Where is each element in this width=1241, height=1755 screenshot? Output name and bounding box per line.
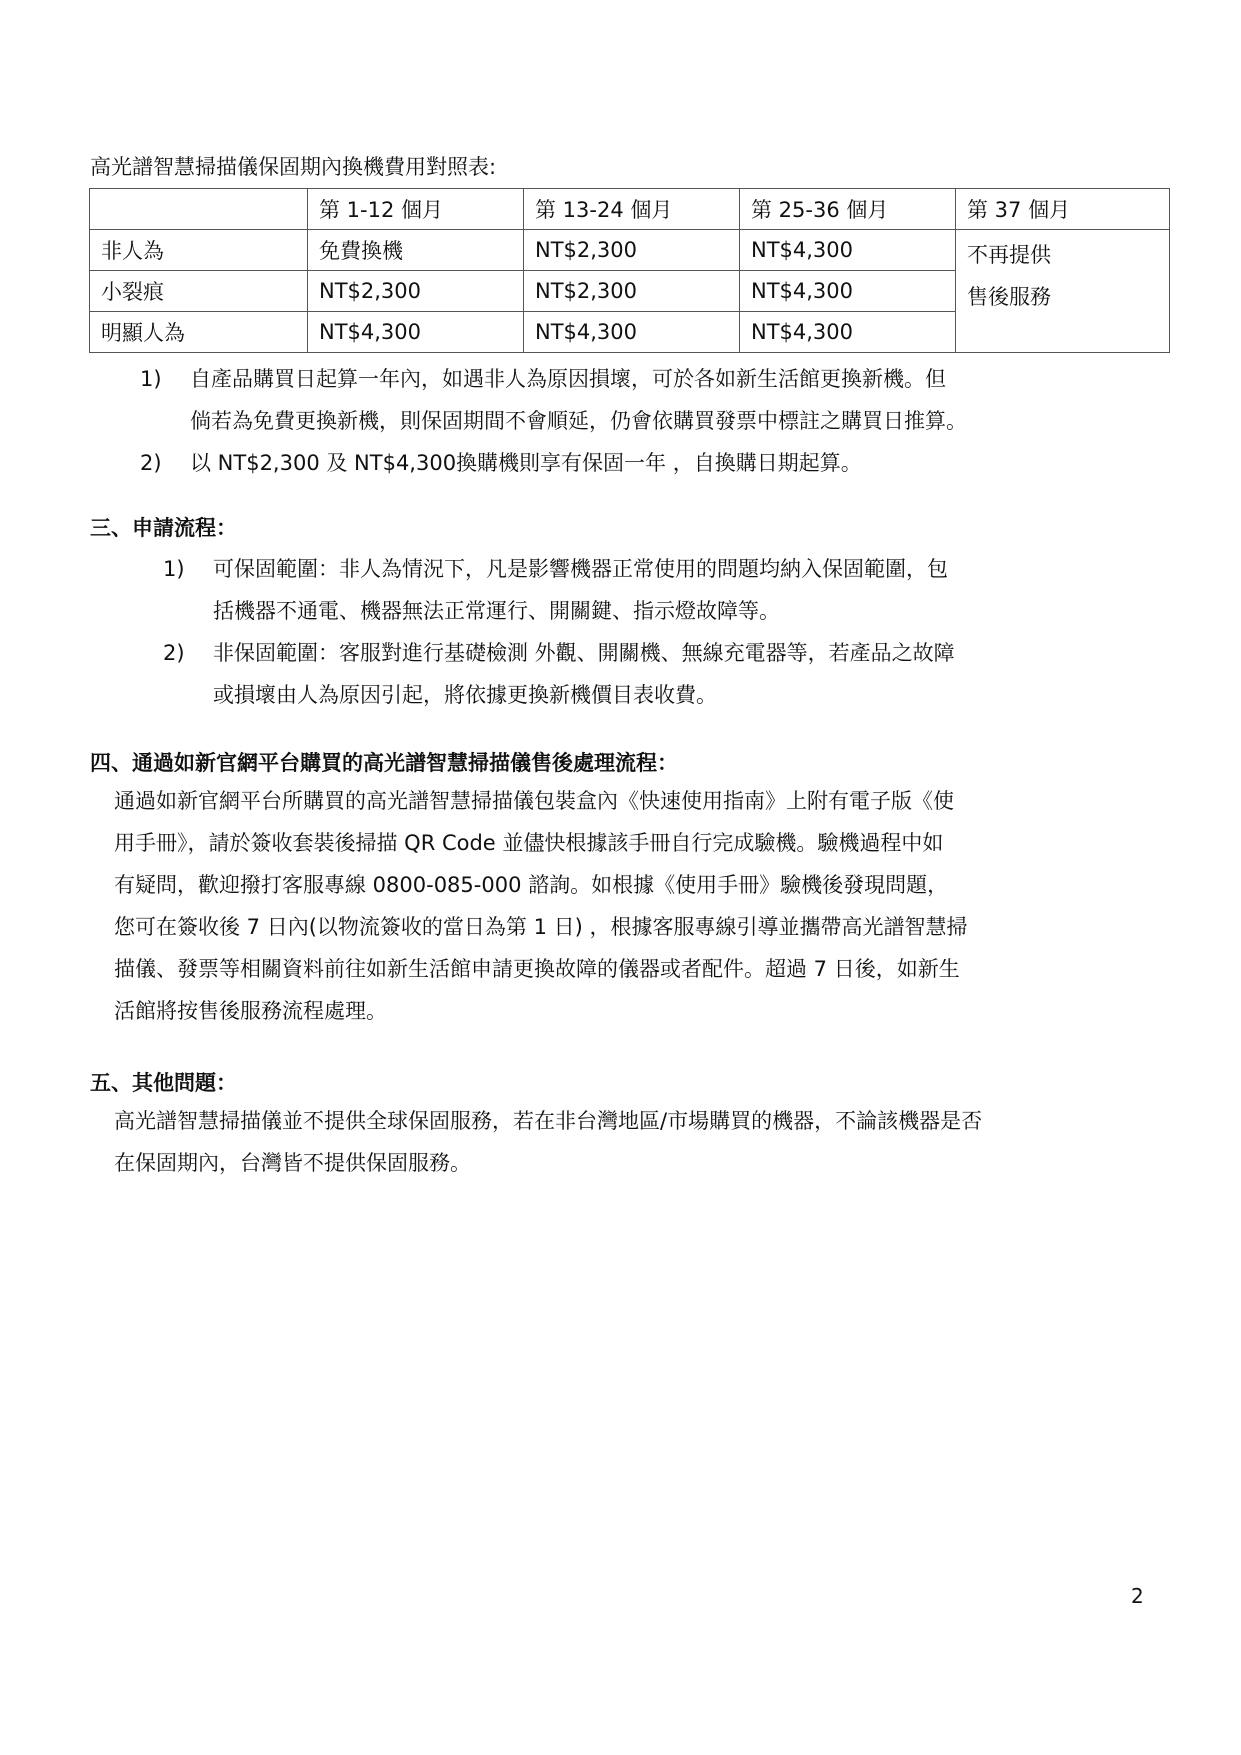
table-cell: 免費換機	[308, 230, 524, 271]
merged-line: 不再提供	[967, 234, 1169, 276]
table-cell: NT$2,300	[308, 271, 524, 312]
table-header-cell: 第 1-12 個月	[308, 189, 524, 230]
table-cell: NT$4,300	[740, 271, 956, 312]
document-page: 高光譜智慧掃描儀保固期內換機費用對照表: 第 1-12 個月 第 13-24 個…	[0, 0, 1241, 1755]
table-cell: NT$4,300	[740, 230, 956, 271]
list-number: 2)	[163, 632, 185, 674]
para-line: 通過如新官網平台所購買的高光譜智慧掃描儀包裝盒內《快速使用指南》上附有電子版《使	[114, 780, 1164, 822]
item-line: 非保固範圍：客服對進行基礎檢測 外觀、開關機、無線充電器等，若產品之故障	[213, 632, 955, 674]
item-line: 括機器不通電、機器無法正常運行、開關鍵、指示燈故障等。	[213, 590, 948, 632]
para-line: 活館將按售後服務流程處理。	[114, 990, 1164, 1032]
row-label: 明顯人為	[90, 312, 308, 353]
section4-paragraph: 通過如新官網平台所購買的高光譜智慧掃描儀包裝盒內《快速使用指南》上附有電子版《使…	[114, 780, 1164, 1032]
note-line: 以 NT$2,300 及 NT$4,300換購機則享有保固一年 ，自換購日期起算…	[190, 442, 862, 484]
list-number: 1)	[163, 548, 185, 590]
section-heading-other-issues: 五、其他問題：	[90, 1068, 237, 1098]
list-number: 2)	[140, 442, 162, 484]
para-line: 您可在簽收後 7 日內(以物流簽收的當日為第 1 日) ，根據客服專線引導並攜帶…	[114, 906, 1164, 948]
merged-line: 售後服務	[967, 276, 1169, 318]
table-header-row: 第 1-12 個月 第 13-24 個月 第 25-36 個月 第 37 個月	[90, 189, 1170, 230]
table-cell: NT$2,300	[524, 230, 740, 271]
para-line: 在保固期內，台灣皆不提供保固服務。	[114, 1142, 1164, 1184]
section-heading-application-process: 三、申請流程：	[90, 513, 237, 543]
table-header-cell: 第 13-24 個月	[524, 189, 740, 230]
fee-table: 第 1-12 個月 第 13-24 個月 第 25-36 個月 第 37 個月 …	[89, 188, 1170, 353]
item-line: 或損壞由人為原因引起，將依據更換新機價目表收費。	[213, 674, 955, 716]
merged-cell-no-service: 不再提供 售後服務	[956, 230, 1170, 353]
row-label: 小裂痕	[90, 271, 308, 312]
table-row: 非人為 免費換機 NT$2,300 NT$4,300 不再提供 售後服務	[90, 230, 1170, 271]
table-cell: NT$4,300	[308, 312, 524, 353]
section-heading-after-sales: 四、通過如新官網平台購買的高光譜智慧掃描儀售後處理流程：	[90, 748, 678, 778]
row-label: 非人為	[90, 230, 308, 271]
section5-paragraph: 高光譜智慧掃描儀並不提供全球保固服務，若在非台灣地區/市場購買的機器，不論該機器…	[114, 1100, 1164, 1184]
para-line: 用手冊》，請於簽收套裝後掃描 QR Code 並儘快根據該手冊自行完成驗機。驗機…	[114, 822, 1164, 864]
para-line: 高光譜智慧掃描儀並不提供全球保固服務，若在非台灣地區/市場購買的機器，不論該機器…	[114, 1100, 1164, 1142]
table-header-cell: 第 25-36 個月	[740, 189, 956, 230]
note-line: 倘若為免費更換新機，則保固期間不會順延，仍會依購買發票中標註之購買日推算。	[190, 400, 967, 442]
table-cell: NT$4,300	[524, 312, 740, 353]
page-number: 2	[1131, 1584, 1144, 1608]
table-header-cell: 第 37 個月	[956, 189, 1170, 230]
para-line: 有疑問，歡迎撥打客服專線 0800-085-000 諮詢。如根據《使用手冊》驗機…	[114, 864, 1164, 906]
para-line: 描儀、發票等相關資料前往如新生活館申請更換故障的儀器或者配件。超過 7 日後，如…	[114, 948, 1164, 990]
table-cell: NT$2,300	[524, 271, 740, 312]
note-line: 自產品購買日起算一年內，如遇非人為原因損壞，可於各如新生活館更換新機。但	[190, 358, 967, 400]
list-number: 1)	[140, 358, 162, 400]
table-caption: 高光譜智慧掃描儀保固期內換機費用對照表:	[90, 152, 496, 182]
table-cell: NT$4,300	[740, 312, 956, 353]
item-line: 可保固範圍：非人為情況下，凡是影響機器正常使用的問題均納入保固範圍，包	[213, 548, 948, 590]
table-header-cell	[90, 189, 308, 230]
